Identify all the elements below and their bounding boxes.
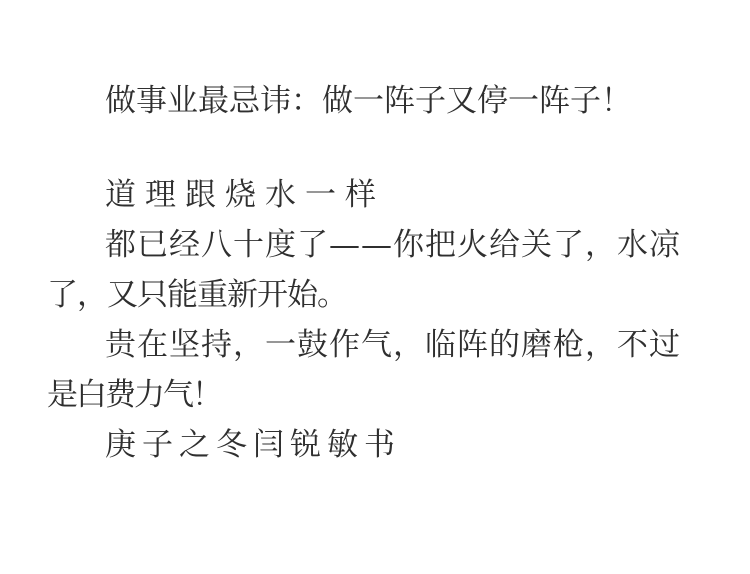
handwriting-line-6: 是白费力气！ <box>47 370 707 420</box>
handwriting-line-2: 道理跟烧水一样 <box>47 170 707 220</box>
handwriting-line-4: 了，又只能重新开始。 <box>47 270 707 320</box>
handwriting-text-block: 做事业最忌讳：做一阵子又停一阵子！ 道理跟烧水一样 都已经八十度了——你把火给关… <box>47 76 707 470</box>
handwriting-line-5: 贵在坚持，一鼓作气，临阵的磨枪，不过 <box>47 320 707 370</box>
calligraphy-page: 做事业最忌讳：做一阵子又停一阵子！ 道理跟烧水一样 都已经八十度了——你把火给关… <box>0 0 750 574</box>
handwriting-line-1: 做事业最忌讳：做一阵子又停一阵子！ <box>47 76 707 126</box>
handwriting-line-3: 都已经八十度了——你把火给关了，水凉 <box>47 220 707 270</box>
blank-line <box>47 126 707 170</box>
signature-line: 庚子之冬闫锐敏书 <box>47 420 707 470</box>
